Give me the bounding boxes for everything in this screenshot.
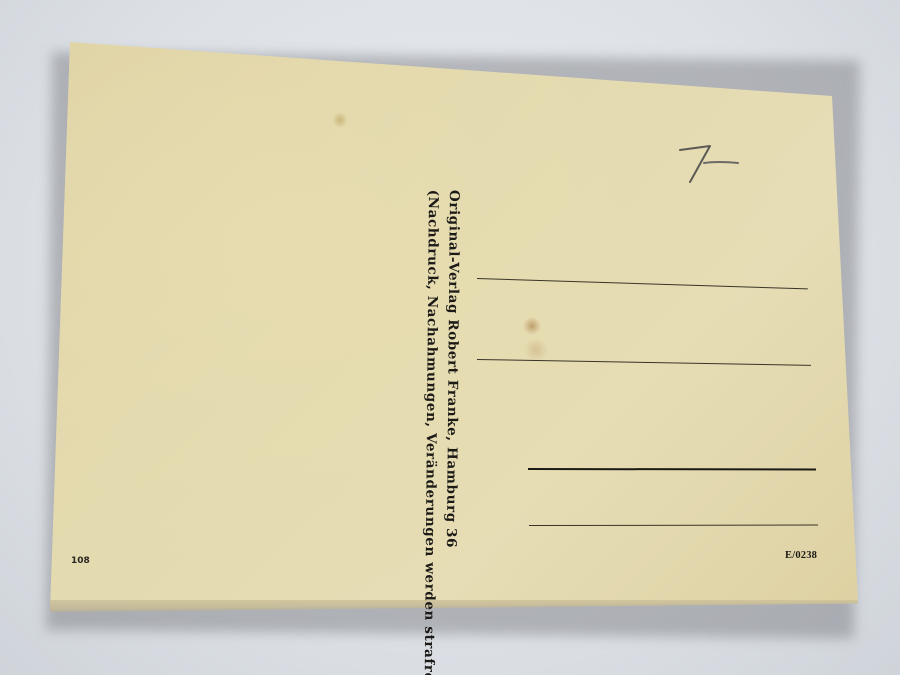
publisher-imprint: Original-Verlag Robert Franke, Hamburg 3…: [391, 189, 464, 550]
serial-number-left: 108: [71, 556, 90, 566]
pencil-price-mark: [676, 138, 746, 188]
imprint-line-copyright: (Nachdruck, Nachahmungen, Veränderungen …: [419, 190, 443, 550]
serial-number-right: E/0238: [785, 550, 817, 561]
photo-scene: Original-Verlag Robert Franke, Hamburg 3…: [0, 0, 900, 675]
imprint-line-publisher: Original-Verlag Robert Franke, Hamburg 3…: [440, 190, 464, 550]
